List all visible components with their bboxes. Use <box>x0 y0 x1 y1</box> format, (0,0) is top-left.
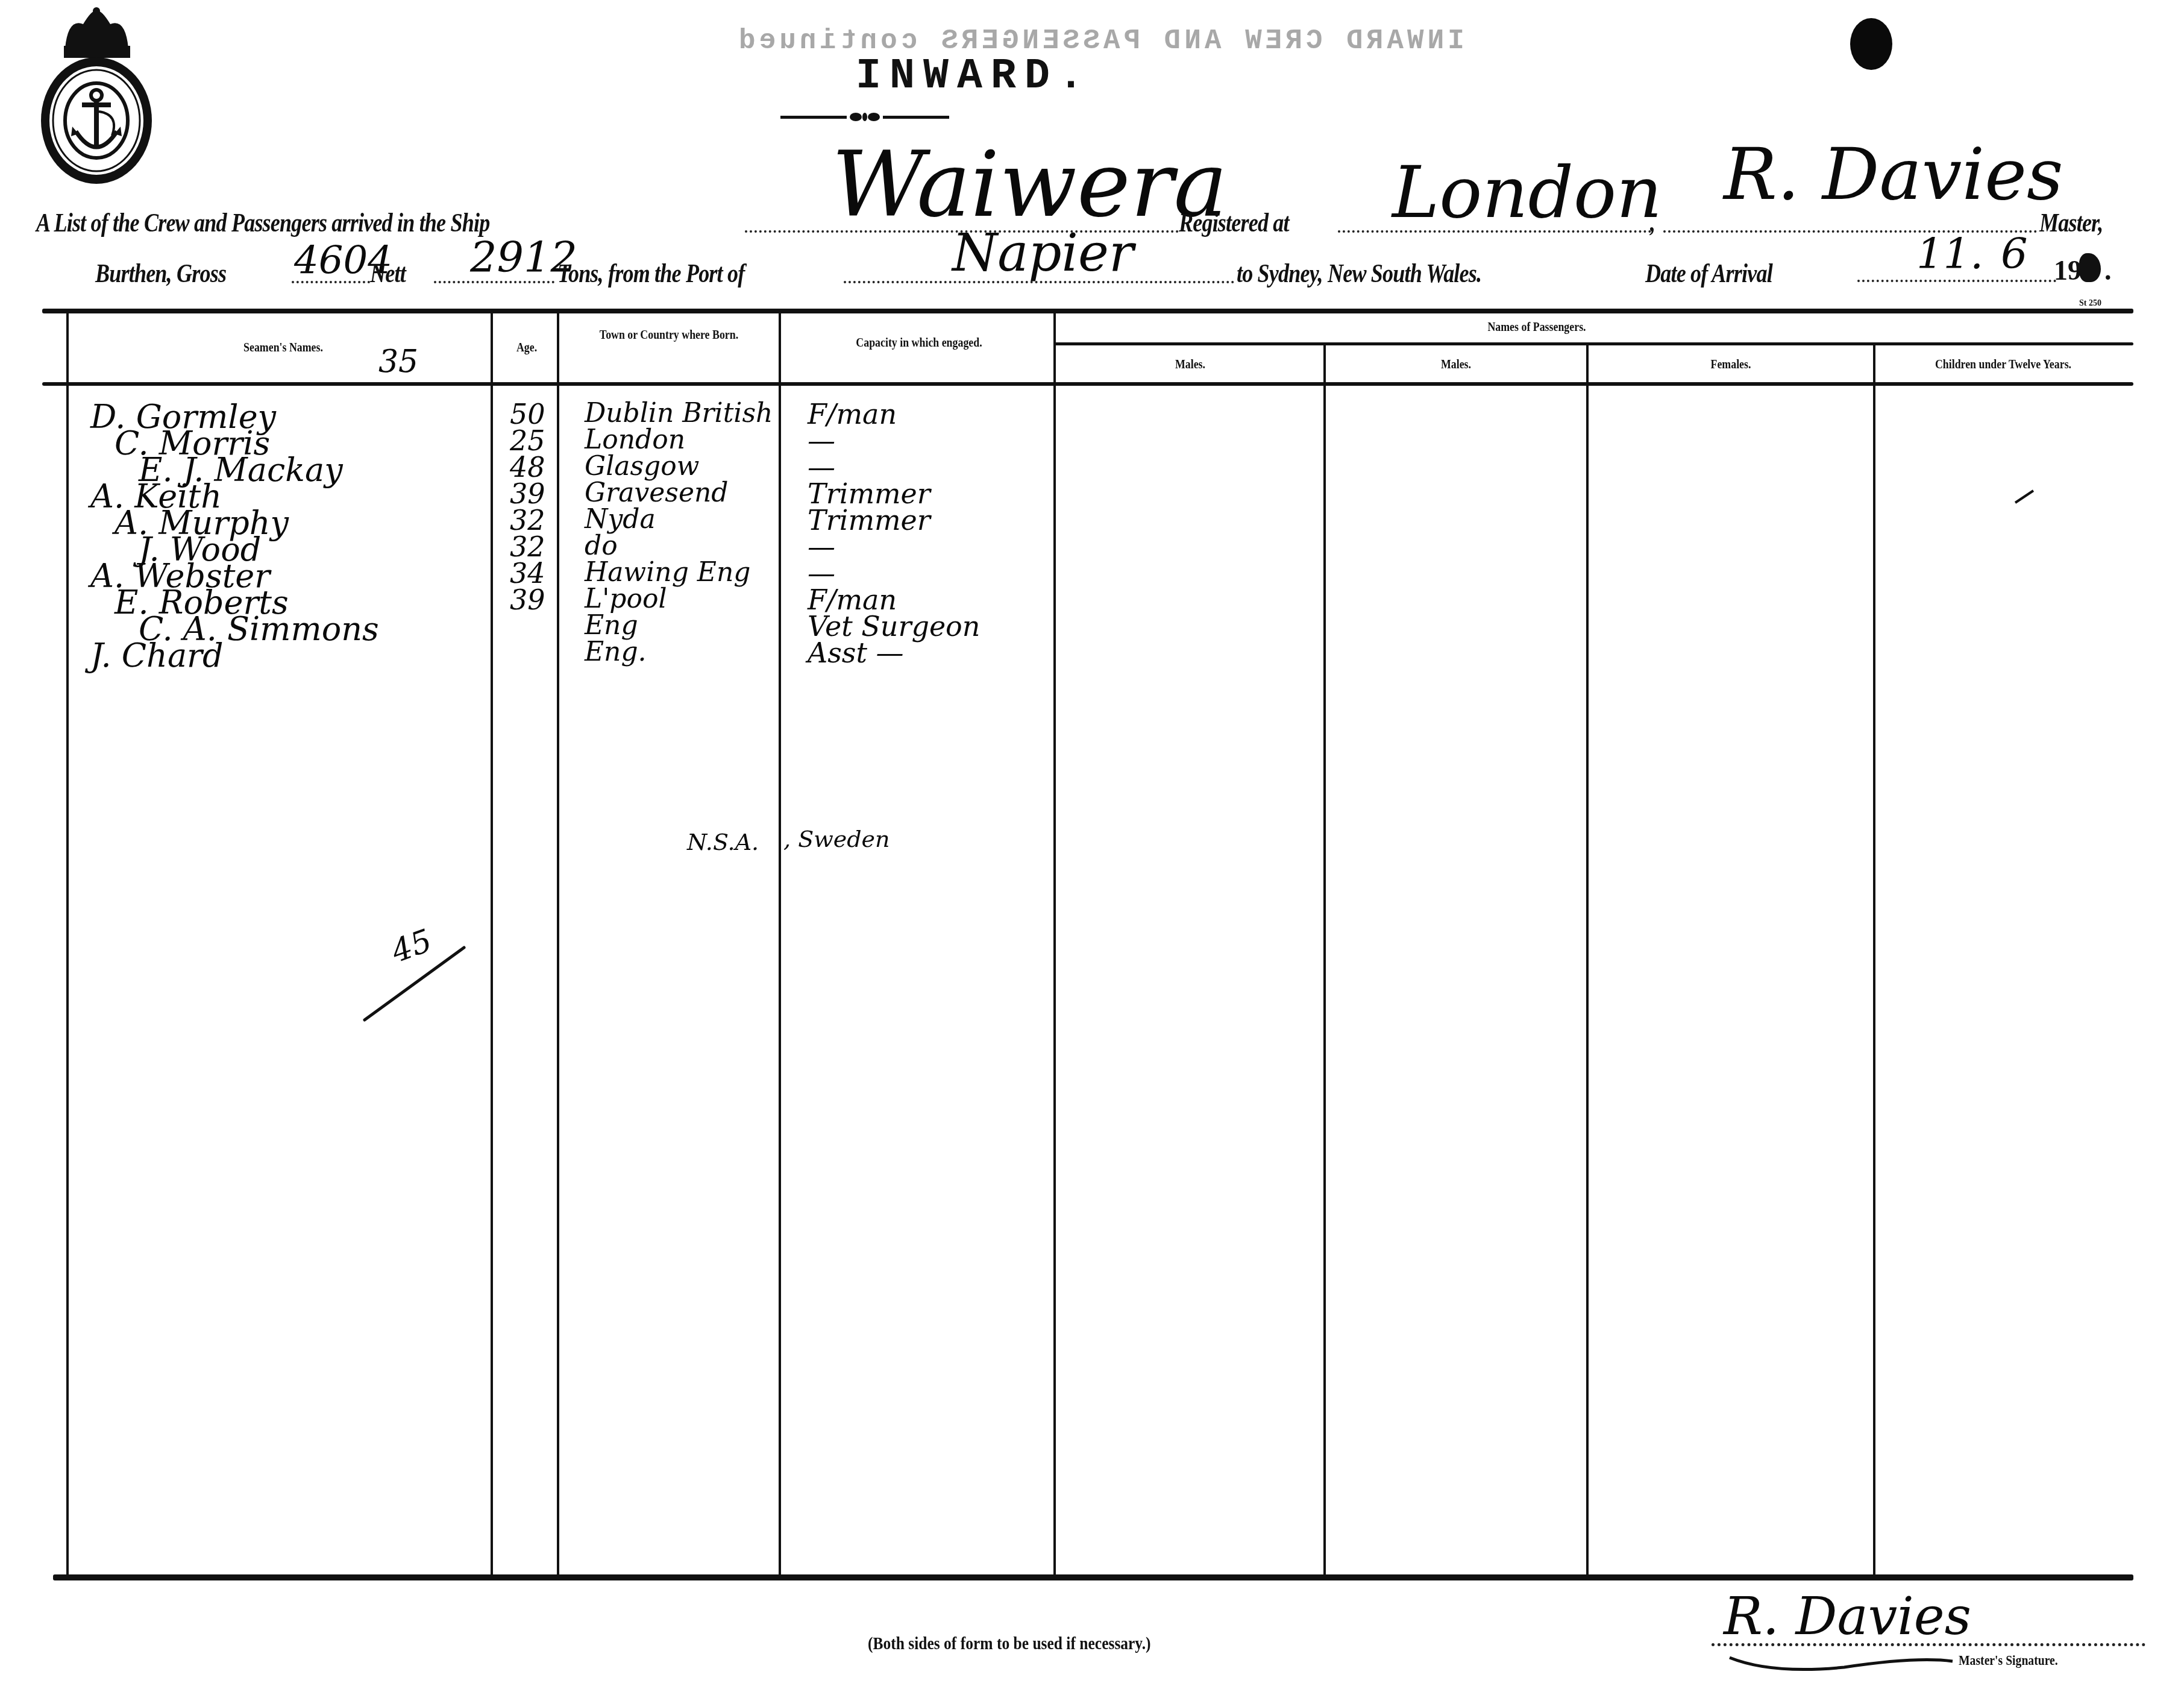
ship-name-field[interactable]: Waiwera <box>832 133 1228 237</box>
col-header-born: Town or Country where Born. <box>592 327 746 342</box>
bleed-through-text: INWARD CREW AND PASSENGERS continued <box>735 25 1464 57</box>
nett-label: Nett <box>370 258 406 289</box>
note-nationality-right: , Sweden <box>783 826 890 852</box>
ornament-diamond-icon <box>847 112 883 122</box>
destination-label: to Sydney, New South Wales. <box>1237 258 1481 289</box>
col-divider <box>1053 312 1056 1577</box>
comma: , <box>1650 207 1655 238</box>
title-ornament <box>780 116 847 119</box>
master-name-field[interactable]: R. Davies <box>1724 133 2063 216</box>
col-header-capacity: Capacity in which engaged. <box>814 335 1025 350</box>
col-header-males-1: Males. <box>1080 357 1301 372</box>
arrival-year-prefix: 19 <box>2054 254 2082 286</box>
col-header-females: Females. <box>1612 357 1850 372</box>
tally-slash-mark <box>362 940 470 1025</box>
signature-flourish <box>1724 1650 1965 1675</box>
registered-label: Registered at <box>1179 207 1289 238</box>
passenger-group-rule <box>1055 342 2133 345</box>
arrival-date-line <box>1857 280 2056 282</box>
tick-mark <box>2013 487 2037 505</box>
registered-port-field[interactable]: London <box>1392 151 1662 234</box>
seaman-birthplace: Eng. <box>585 637 647 667</box>
col-divider <box>1873 345 1875 1577</box>
col-divider <box>1323 345 1326 1577</box>
from-port-field[interactable]: Napier <box>952 223 1134 283</box>
col-divider <box>1586 345 1589 1577</box>
table-top-rule <box>42 309 2133 313</box>
col-divider <box>779 312 781 1577</box>
col-header-age: Age. <box>502 340 551 355</box>
col-divider <box>557 312 559 1577</box>
punch-hole <box>1850 18 1892 70</box>
footer-note: (Both sides of form to be used if necess… <box>868 1634 1151 1654</box>
seaman-age: 39 <box>510 583 545 616</box>
col-divider <box>66 312 69 1577</box>
list-label: A List of the Crew and Passengers arrive… <box>36 207 489 238</box>
tons-from-port-label: Tons, from the Port of <box>557 258 744 289</box>
period: . <box>2104 254 2112 286</box>
master-signature-label: Master's Signature. <box>1959 1653 2058 1669</box>
page-title: INWARD. <box>856 53 1092 101</box>
arrival-day-field[interactable]: 11. <box>1916 229 1983 278</box>
shipping-master-seal: SHIPPING MASTER'S DEPARTMENT <box>35 6 158 187</box>
date-of-arrival-label: Date of Arrival <box>1645 258 1772 289</box>
form-code: St 250 <box>2079 299 2101 309</box>
master-label: Master, <box>2039 207 2103 238</box>
header-count-annotation: 35 <box>378 344 418 380</box>
col-header-names: Seamen's Names. <box>186 340 381 355</box>
table-bottom-rule <box>53 1574 2133 1580</box>
master-signature[interactable]: R. Davies <box>1724 1587 1971 1647</box>
table-header-rule <box>42 382 2133 386</box>
col-divider <box>491 312 493 1577</box>
passengers-group-header: Names of Passengers. <box>1434 319 1639 335</box>
seaman-capacity: Asst — <box>808 637 904 669</box>
title-ornament <box>883 116 949 119</box>
col-header-males-2: Males. <box>1348 357 1564 372</box>
anchor-crown-emblem-icon <box>35 6 158 187</box>
seaman-name: J. Chard <box>90 637 223 675</box>
signature-line <box>1712 1643 2145 1646</box>
ink-blot <box>2079 253 2101 282</box>
note-nationality-left: N.S.A. <box>687 829 759 855</box>
col-header-children: Children under Twelve Years. <box>1895 357 2112 372</box>
burthen-label: Burthen, Gross <box>95 258 226 289</box>
arrival-month-field[interactable]: 6 <box>2001 229 2028 278</box>
